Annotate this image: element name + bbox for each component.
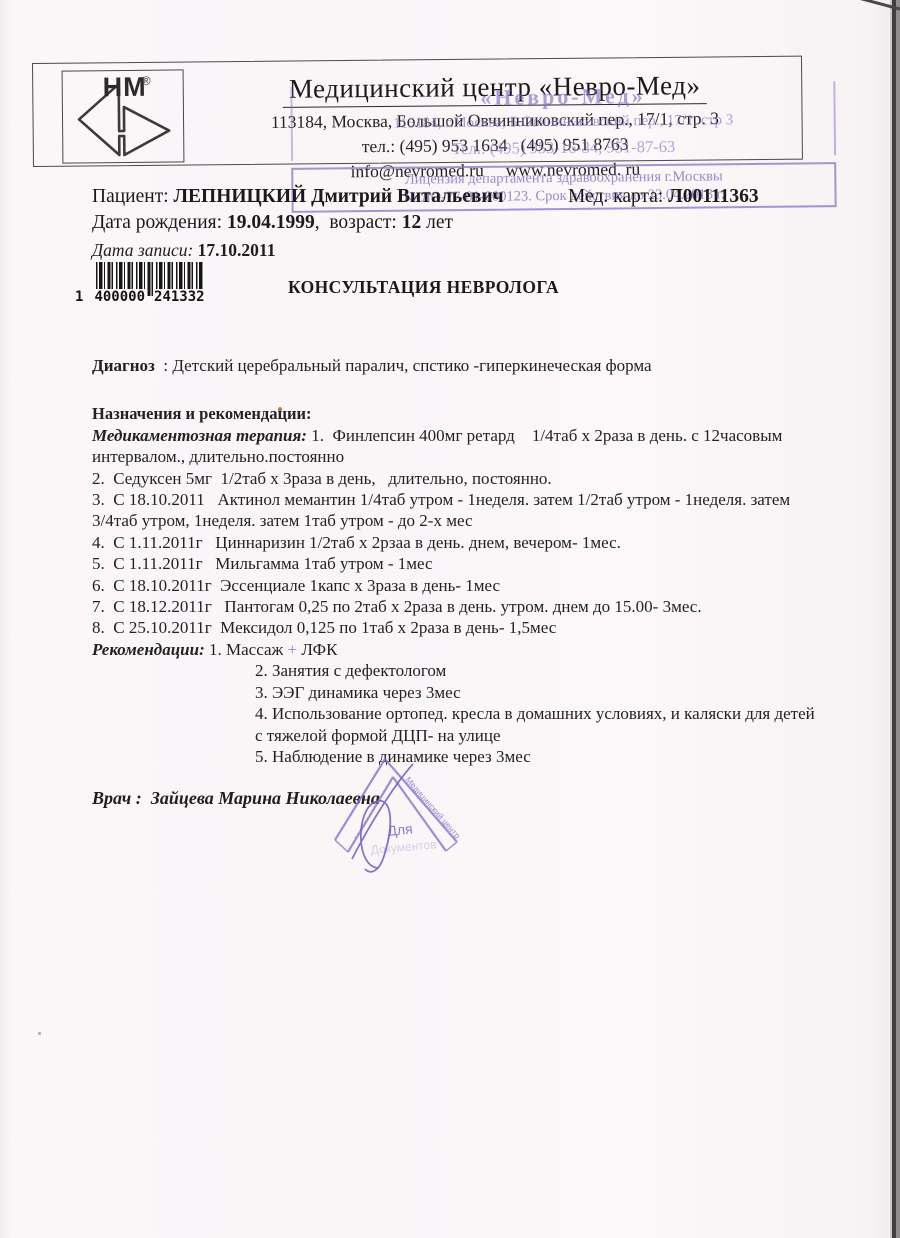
record-date-value: 17.10.2011 [198,240,276,260]
scan-speck [38,1032,41,1035]
stamp-address: 115184, г.Москва, Б.Овчинниковский пер.,… [293,111,834,134]
dob-value: 19.04.1999 [227,212,315,233]
record-date-label: Дата записи: [92,240,198,260]
card-label: Мед. карта: [568,186,668,207]
section-header: Назначения и рекомендации: [92,403,824,424]
stamp-partial-word: Документов [370,837,437,857]
registered-mark-icon: ® [142,74,151,88]
med-card-line: Мед. карта: Л00111363 [568,186,759,208]
plus-sign: + [288,640,298,659]
recommendation-item: 2. Занятия с дефектологом [92,660,824,681]
age-label: , возраст: [315,212,402,233]
patient-name: ЛЕПНИЦКИЙ Дмитрий Витальевич [174,186,504,207]
dob-label: Дата рождения: [92,212,227,233]
therapy-item: Медикаментозная терапия: 1. Финлепсин 40… [92,425,824,468]
clinic-logo: НМ ® [62,69,185,163]
stamp-clinic-name: «Невро-Мед» [292,81,833,113]
patient-line: Пациент: ЛЕПНИЦКИЙ Дмитрий Витальевич [92,186,504,208]
therapy-label: Медикаментозная терапия: [92,426,311,445]
diagnosis-label: Диагноз [92,356,155,375]
therapy-item: 3. С 18.10.2011 Актинол мемантин 1/4таб … [92,489,824,532]
recommendation-item: 4. Использование ортопед. кресла в домаш… [92,703,824,746]
diagnosis-line: Диагноз : Детский церебральный паралич, … [92,355,824,376]
report-body: Диагноз : Детский церебральный паралич, … [92,355,824,767]
scan-edge-shadow [890,0,900,1238]
card-number: Л00111363 [668,186,758,207]
recommendations-label: Рекомендации: [92,640,209,659]
therapy-item: 6. С 18.10.2011г Эссенциале 1капс х 3раз… [92,575,824,596]
patient-label: Пациент: [92,186,174,207]
stamp-phone: Тел.: (495) 953-16-34, 951-87-63 [293,135,834,161]
diagnosis-text: : Детский церебральный паралич, спстико … [155,356,652,375]
recommendation-text: ЛФК [297,640,337,659]
scanned-medical-report: НМ ® Медицинский центр «Невро-Мед» 11318… [0,0,900,1238]
therapy-item: 4. С 1.11.2011г Циннаризин 1/2таб х 2рза… [92,532,824,553]
birthdate-line: Дата рождения: 19.04.1999, возраст: 12 л… [92,212,453,234]
age-units: лет [421,212,453,233]
for-documents-stamp: Медицинский центр Для Документов [325,746,475,891]
therapy-item: 5. С 1.11.2011г Мильгамма 1таб утром - 1… [92,553,824,574]
logo-text: НМ [103,72,147,103]
recommendation-text: 1. Массаж [209,640,288,659]
report-title: КОНСУЛЬТАЦИЯ НЕВРОЛОГА [288,277,559,298]
doctor-label: Врач : [92,788,146,808]
barcode-group: 241332 [153,289,206,305]
barcode-group: 400000 [93,289,146,305]
therapy-item: 8. С 25.10.2011г Мексидол 0,125 по 1таб … [92,617,824,638]
recommendation-item: 3. ЭЭГ динамика через 3мес [92,682,824,703]
age-value: 12 [402,212,422,233]
therapy-item: 7. С 18.12.2011г Пантогам 0,25 по 2таб х… [92,596,824,617]
record-date-line: Дата записи: 17.10.2011 [92,240,275,261]
recommendation-item: Рекомендации: 1. Массаж + ЛФК [92,639,824,660]
barcode-lead-digit: 1 [74,289,84,305]
therapy-item: 2. Седуксен 5мг 1/2таб х 3раза в день, д… [92,468,824,489]
barcode-digits: 1400000241332 [74,289,206,305]
